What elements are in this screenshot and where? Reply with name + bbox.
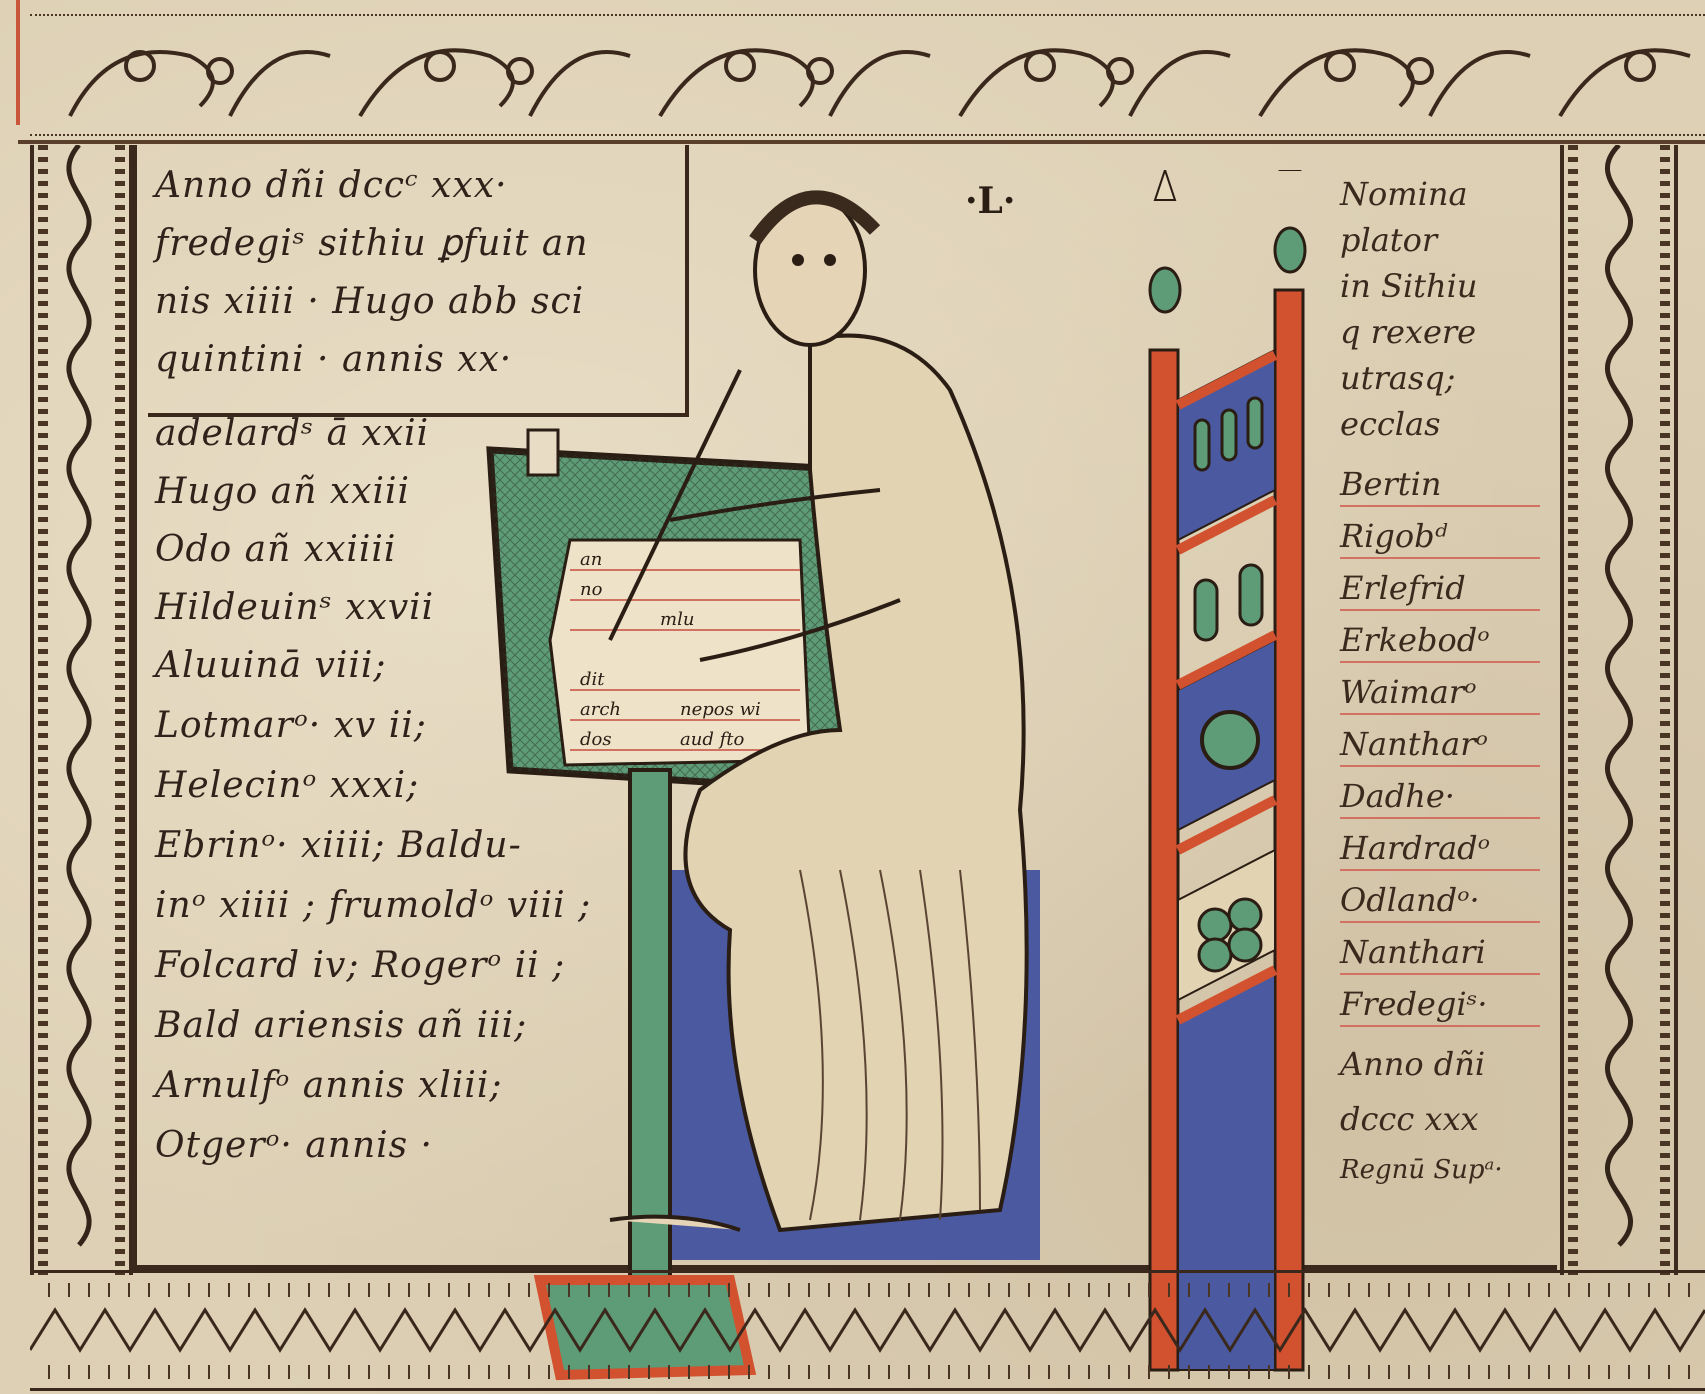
abbot-name: Rigobᵈ [1340, 517, 1540, 559]
bottom-ornament-band [30, 1270, 1705, 1391]
chair-post-right [1275, 290, 1303, 1370]
svg-text:arch: arch [580, 699, 621, 720]
fleur-de-lis-icon [1155, 170, 1175, 200]
abbot-name: Odlandᵒ· [1340, 881, 1540, 923]
dotted-rule [115, 145, 125, 1275]
heading-line: utrasq; [1340, 359, 1456, 397]
abbot-name: Fredegiˢ· [1340, 985, 1540, 1027]
text-line: Anno dñi dccᶜ xxx· [155, 165, 508, 206]
text-line: Hildeuinˢ xxvii [155, 587, 434, 628]
heading-line: Nomina [1340, 175, 1468, 213]
text-line: Lotmarᵒ· xv ii; [155, 705, 427, 746]
left-ornament-border [30, 145, 133, 1275]
text-line: Otgerᵒ· annis · [155, 1125, 433, 1166]
scribe-page-text: an [580, 549, 602, 570]
heading-line: ecclas [1340, 405, 1441, 443]
closing-line: Regnū Supᵃ· [1340, 1155, 1503, 1185]
text-line: quintini · annis xx· [155, 339, 512, 380]
heading-line: q rexere [1340, 313, 1476, 351]
text-line: Helecinᵒ xxxi; [155, 765, 419, 806]
abbot-name: Erlefrid [1340, 569, 1540, 611]
heading-line: plator [1340, 221, 1437, 259]
scribe-illustration: an no mlu dit arch dos nepos wi aud fto [480, 170, 1180, 1390]
svg-text:dit: dit [580, 669, 605, 690]
inkpot-icon [528, 430, 558, 475]
desk-stand [630, 770, 670, 1290]
text-line: Hugo añ xxiii [155, 471, 410, 512]
svg-text:no: no [580, 579, 603, 600]
scroll-ornament-icon [30, 26, 1705, 126]
text-line: Ebrinᵒ· xiiii; Baldu- [155, 825, 522, 866]
red-margin-rule [16, 0, 20, 125]
vine-scroll-icon [44, 145, 114, 1275]
chair-post-left [1150, 350, 1178, 1370]
abbot-name: Erkebodᵒ [1340, 621, 1540, 663]
text-line: adelardˢ ā xxii [155, 413, 429, 454]
closing-line: dccc xxx [1340, 1100, 1479, 1138]
svg-text:nepos wi: nepos wi [680, 699, 761, 720]
svg-text:aud fto: aud fto [680, 729, 744, 750]
throne-tower-illustration [1140, 170, 1340, 1390]
text-line: Arnulfᵒ annis xliii; [155, 1065, 502, 1106]
abbot-name: Dadhe· [1340, 777, 1540, 819]
heading-line: in Sithiu [1340, 267, 1477, 305]
abbot-name: Nantharᵒ [1340, 725, 1540, 767]
svg-text:dos: dos [580, 729, 612, 750]
top-frame-rule [18, 140, 1705, 144]
text-line: Odo añ xxiiii [155, 529, 396, 570]
abbot-name: Hardradᵒ [1340, 829, 1540, 871]
zigzag-ornament-icon [30, 1305, 1705, 1355]
right-ornament-border [1560, 145, 1678, 1275]
top-ornament-band [30, 14, 1705, 136]
vine-scroll-icon [1574, 145, 1664, 1275]
svg-text:mlu: mlu [660, 609, 694, 630]
text-line: Aluuinā viii; [155, 645, 387, 686]
abbot-name: Nanthari [1340, 933, 1540, 975]
abbot-name: Waimarᵒ [1340, 673, 1540, 715]
closing-line: Anno dñi [1340, 1045, 1485, 1083]
abbot-name: Bertin [1340, 465, 1540, 507]
text-line: Bald ariensis añ iii; [155, 1005, 527, 1046]
